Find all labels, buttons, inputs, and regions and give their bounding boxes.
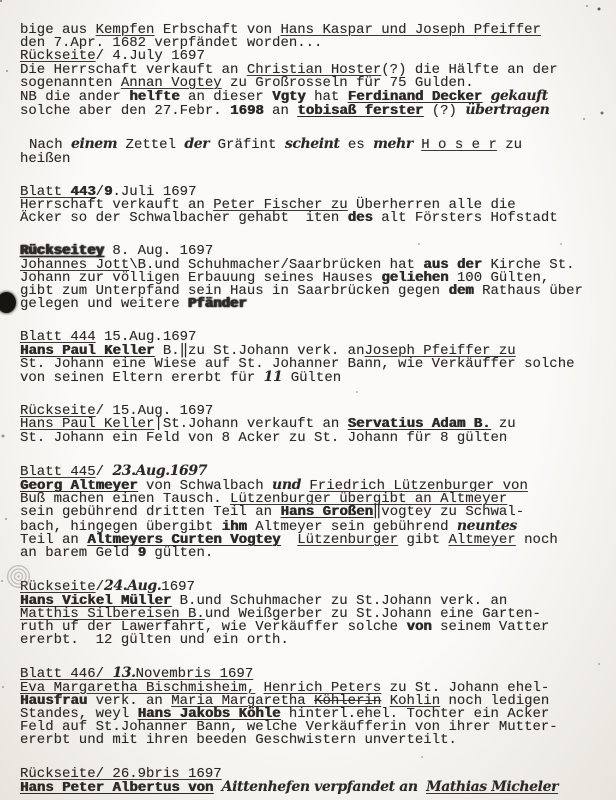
text-segment: Gülten bbox=[282, 370, 341, 386]
text-segment: Pfänder bbox=[188, 296, 247, 312]
text-segment: 23.Aug.1697 bbox=[112, 463, 207, 479]
text-segment: gülten. bbox=[146, 545, 213, 561]
text-line: St. Johann ein Feld von 8 Acker zu St. J… bbox=[20, 432, 610, 445]
text-line: gelegen und weitere Pfänder bbox=[20, 298, 610, 311]
text-segment: gibt bbox=[398, 532, 448, 548]
text-segment: an barem Geld bbox=[20, 545, 138, 561]
text-line: ererbt und mit ihren beeden Geschwistern… bbox=[20, 734, 610, 747]
text-segment: seinem Vatter bbox=[432, 619, 550, 635]
rueckseite-15-aug-1697: Rückseite/ 15.Aug. 1697Hans Paul Keller|… bbox=[20, 405, 610, 445]
text-segment: Rathaus über bbox=[474, 283, 583, 299]
text-segment: ererbt und mit ihren beeden Geschwistern… bbox=[20, 732, 457, 748]
text-segment bbox=[213, 780, 221, 796]
entry-continuation-and-rueckseite-4-july-1697: bige aus Kempfen Erbschaft von Hans Kasp… bbox=[20, 24, 610, 118]
rueckseite-8-aug-1697: Rückseitey 8. Aug. 1697Johannes Jott\B.u… bbox=[20, 245, 610, 311]
text-line: solche aber den 27.Febr. 1698 an tobisaß… bbox=[20, 104, 610, 118]
text-segment: einem bbox=[71, 136, 117, 152]
text-segment: 11 bbox=[264, 369, 283, 385]
rueckseite-24-aug-1697: Rückseite/24.Aug.1697Hans Vickel Müller … bbox=[20, 580, 610, 647]
text-segment: Aittenhefen verpfandet an bbox=[222, 779, 418, 795]
text-segment: von seinen Eltern ererbt für bbox=[20, 370, 264, 386]
scanned-document-page: bige aus Kempfen Erbschaft von Hans Kasp… bbox=[0, 0, 616, 800]
text-segment bbox=[280, 532, 297, 548]
text-segment: St. Johann ein Feld von 8 Acker zu St. J… bbox=[20, 430, 507, 446]
text-line: ererbt. 12 gülten und ein orth. bbox=[20, 634, 610, 647]
ink-blob-artifact bbox=[0, 292, 16, 313]
blatt-446: Blatt 446/ 13.Novembris 1697Eva Margaret… bbox=[20, 667, 610, 747]
text-line: Äcker so der Schwalbacher gehabt iten de… bbox=[20, 212, 610, 225]
smudge-ring-artifact bbox=[5, 563, 32, 590]
text-segment: von bbox=[406, 619, 431, 635]
text-segment: Hans Peter Albertus von bbox=[20, 780, 213, 796]
text-line: von seinen Eltern ererbt für 11 Gülten bbox=[20, 371, 610, 385]
text-segment: noch bbox=[516, 532, 558, 548]
blatt-443: Blatt 443/9.Juli 1697Herrschaft verkauft… bbox=[20, 186, 610, 226]
text-segment: Äcker so der Schwalbacher gehabt iten bbox=[20, 210, 348, 226]
text-segment: gelegen und weitere bbox=[20, 296, 188, 312]
scan-speckles bbox=[0, 0, 2, 2]
text-line: heißen bbox=[20, 153, 610, 166]
text-segment: der bbox=[184, 136, 209, 152]
text-segment: zu bbox=[497, 137, 522, 153]
document-text: bige aus Kempfen Erbschaft von Hans Kasp… bbox=[20, 24, 610, 795]
text-segment: scheint bbox=[285, 136, 340, 152]
text-segment: Altmeyer bbox=[449, 532, 516, 548]
text-segment bbox=[413, 137, 421, 153]
text-segment: heißen bbox=[20, 151, 70, 167]
text-segment: des bbox=[348, 210, 373, 226]
text-segment: Mathias Micheler bbox=[426, 779, 558, 795]
text-line: an barem Geld 9 gülten. bbox=[20, 547, 610, 560]
text-segment: dem bbox=[448, 283, 473, 299]
text-segment: übertragen bbox=[465, 102, 549, 118]
blatt-445: Blatt 445/ 23.Aug.1697Georg Altmeyer von… bbox=[20, 465, 610, 560]
text-segment: tobisaß ferster bbox=[297, 103, 423, 119]
text-segment: (?) bbox=[423, 103, 465, 119]
text-segment: alt Försters Hofstadt bbox=[373, 210, 558, 226]
text-segment: Gräfint bbox=[209, 137, 285, 153]
text-line: Nach einem Zettel der Gräfint scheint es… bbox=[20, 138, 610, 152]
text-segment: solche aber den 27.Febr. bbox=[20, 103, 230, 119]
text-segment bbox=[418, 780, 426, 796]
text-segment: Zettel bbox=[117, 137, 184, 153]
text-segment: Lützenburger bbox=[297, 532, 398, 548]
text-segment: ererbt. 12 gülten und ein orth. bbox=[20, 632, 289, 648]
rueckseite-26-9bris-1697: Rückseite/ 26.9bris 1697Hans Peter Alber… bbox=[20, 768, 610, 795]
text-line: Blatt 445/ 23.Aug.1697 bbox=[20, 465, 610, 479]
text-line: Hans Peter Albertus von Aittenhefen verp… bbox=[20, 781, 610, 795]
marginal-note-hoser: Nach einem Zettel der Gräfint scheint es… bbox=[20, 138, 610, 165]
blatt-444: Blatt 444 15.Aug.1697Hans Paul Keller B.… bbox=[20, 331, 610, 385]
text-segment: mehr bbox=[373, 136, 413, 152]
text-segment: an bbox=[264, 103, 298, 119]
text-segment: H o s e r bbox=[421, 137, 497, 153]
text-segment: 9 bbox=[138, 545, 146, 561]
text-segment: 1698 bbox=[230, 103, 264, 119]
text-segment: es bbox=[340, 137, 374, 153]
